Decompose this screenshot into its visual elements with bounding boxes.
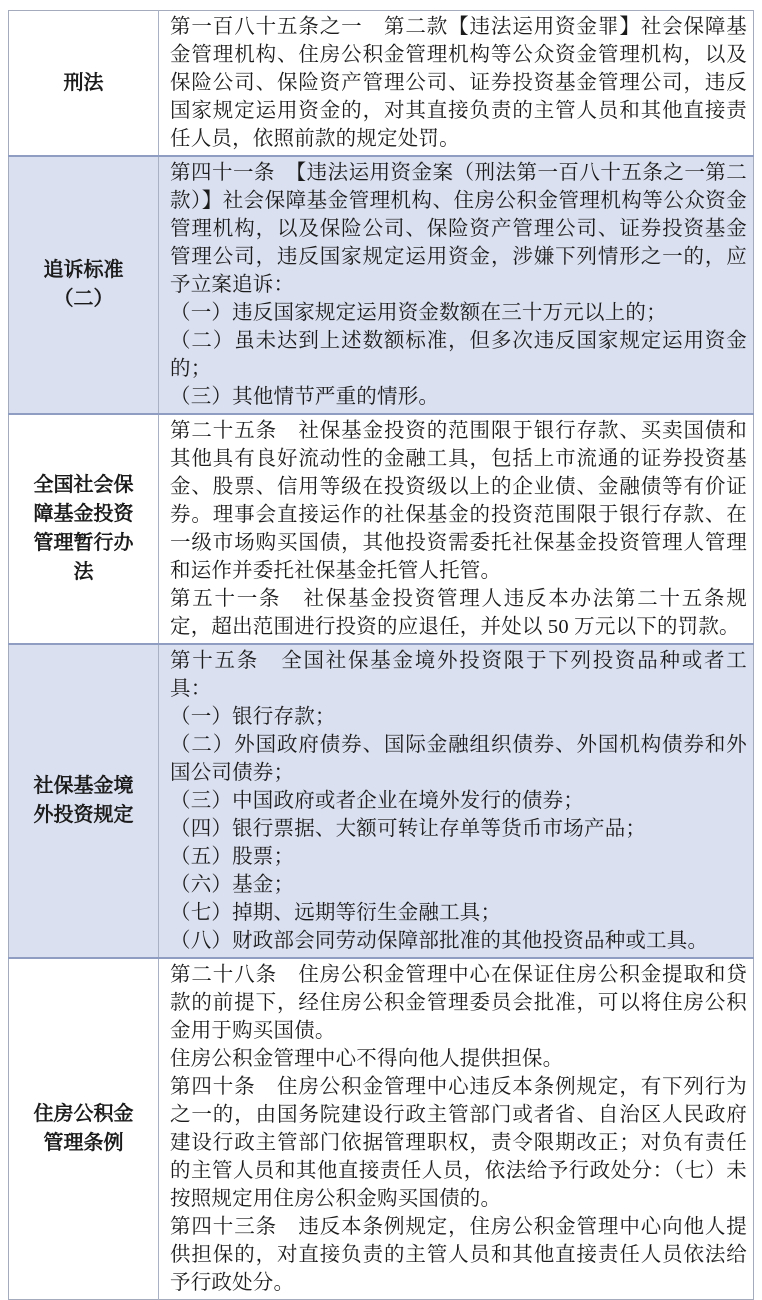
provision-paragraph: （六）基金； bbox=[170, 871, 747, 899]
row-label-prosecution-standard: 追诉标准 （二） bbox=[9, 156, 159, 414]
provision-paragraph: （一）违反国家规定运用资金数额在三十万元以上的； bbox=[170, 299, 747, 327]
provision-paragraph: （七）掉期、远期等衍生金融工具； bbox=[170, 899, 747, 927]
provision-paragraph: 第十五条 全国社保基金境外投资限于下列投资品种或者工具： bbox=[170, 647, 747, 703]
row-label-line: （二） bbox=[13, 285, 154, 314]
row-label-criminal-law: 刑法 bbox=[9, 11, 159, 157]
row-label-line: 追诉标准 bbox=[13, 256, 154, 285]
table-row-overseas-investment: 社保基金境 外投资规定 第十五条 全国社保基金境外投资限于下列投资品种或者工具：… bbox=[9, 644, 754, 958]
table-row-prosecution-standard: 追诉标准 （二） 第四十一条 【违法运用资金案（刑法第一百八十五条之一第二款）】… bbox=[9, 156, 754, 414]
table-row-nssf-measures: 全国社会保 障基金投资 管理暂行办 法 第二十五条 社保基金投资的范围限于银行存… bbox=[9, 414, 754, 644]
row-content-nssf-measures: 第二十五条 社保基金投资的范围限于银行存款、买卖国债和其他具有良好流动性的金融工… bbox=[159, 414, 754, 644]
provision-paragraph: （一）银行存款； bbox=[170, 703, 747, 731]
row-label-line: 刑法 bbox=[13, 69, 154, 98]
provision-paragraph: 第四十三条 违反本条例规定，住房公积金管理中心向他人提供担保的，对直接负责的主管… bbox=[170, 1213, 747, 1297]
table-row-housing-fund-regulation: 住房公积金 管理条例 第二十八条 住房公积金管理中心在保证住房公积金提取和贷款的… bbox=[9, 958, 754, 1300]
row-label-line: 法 bbox=[13, 558, 154, 587]
row-label-line: 住房公积金 bbox=[13, 1100, 154, 1129]
row-label-nssf-measures: 全国社会保 障基金投资 管理暂行办 法 bbox=[9, 414, 159, 644]
provision-paragraph: （三）中国政府或者企业在境外发行的债券； bbox=[170, 787, 747, 815]
row-label-line: 全国社会保 bbox=[13, 471, 154, 500]
row-content-overseas-investment: 第十五条 全国社保基金境外投资限于下列投资品种或者工具： （一）银行存款； （二… bbox=[159, 644, 754, 958]
row-label-line: 管理条例 bbox=[13, 1129, 154, 1158]
row-label-line: 管理暂行办 bbox=[13, 529, 154, 558]
provision-paragraph: 住房公积金管理中心不得向他人提供担保。 bbox=[170, 1045, 747, 1073]
provision-paragraph: （二）虽未达到上述数额标准，但多次违反国家规定运用资金的； bbox=[170, 327, 747, 383]
provision-paragraph: 第二十五条 社保基金投资的范围限于银行存款、买卖国债和其他具有良好流动性的金融工… bbox=[170, 417, 747, 585]
provision-paragraph: （四）银行票据、大额可转让存单等货币市场产品； bbox=[170, 815, 747, 843]
row-label-overseas-investment: 社保基金境 外投资规定 bbox=[9, 644, 159, 958]
row-content-criminal-law: 第一百八十五条之一 第二款【违法运用资金罪】社会保障基金管理机构、住房公积金管理… bbox=[159, 11, 754, 157]
provision-paragraph: （五）股票； bbox=[170, 843, 747, 871]
legal-provisions-table: 刑法 第一百八十五条之一 第二款【违法运用资金罪】社会保障基金管理机构、住房公积… bbox=[8, 10, 754, 1300]
row-label-line: 障基金投资 bbox=[13, 500, 154, 529]
row-content-housing-fund-regulation: 第二十八条 住房公积金管理中心在保证住房公积金提取和贷款的前提下，经住房公积金管… bbox=[159, 958, 754, 1300]
provision-paragraph: （二）外国政府债券、国际金融组织债券、外国机构债券和外国公司债券； bbox=[170, 731, 747, 787]
provision-paragraph: 第五十一条 社保基金投资管理人违反本办法第二十五条规定，超出范围进行投资的应退任… bbox=[170, 585, 747, 641]
provision-paragraph: （八）财政部会同劳动保障部批准的其他投资品种或工具。 bbox=[170, 927, 747, 955]
provision-paragraph: 第四十条 住房公积金管理中心违反本条例规定，有下列行为之一的，由国务院建设行政主… bbox=[170, 1073, 747, 1213]
row-label-line: 社保基金境 bbox=[13, 772, 154, 801]
row-content-prosecution-standard: 第四十一条 【违法运用资金案（刑法第一百八十五条之一第二款）】社会保障基金管理机… bbox=[159, 156, 754, 414]
provision-paragraph: 第一百八十五条之一 第二款【违法运用资金罪】社会保障基金管理机构、住房公积金管理… bbox=[170, 13, 747, 153]
document-page: 刑法 第一百八十五条之一 第二款【违法运用资金罪】社会保障基金管理机构、住房公积… bbox=[0, 0, 762, 1265]
row-label-line: 外投资规定 bbox=[13, 801, 154, 830]
row-label-housing-fund-regulation: 住房公积金 管理条例 bbox=[9, 958, 159, 1300]
provision-paragraph: 第四十一条 【违法运用资金案（刑法第一百八十五条之一第二款）】社会保障基金管理机… bbox=[170, 159, 747, 299]
provision-paragraph: （三）其他情节严重的情形。 bbox=[170, 383, 747, 411]
table-row-criminal-law: 刑法 第一百八十五条之一 第二款【违法运用资金罪】社会保障基金管理机构、住房公积… bbox=[9, 11, 754, 157]
provision-paragraph: 第二十八条 住房公积金管理中心在保证住房公积金提取和贷款的前提下，经住房公积金管… bbox=[170, 961, 747, 1045]
